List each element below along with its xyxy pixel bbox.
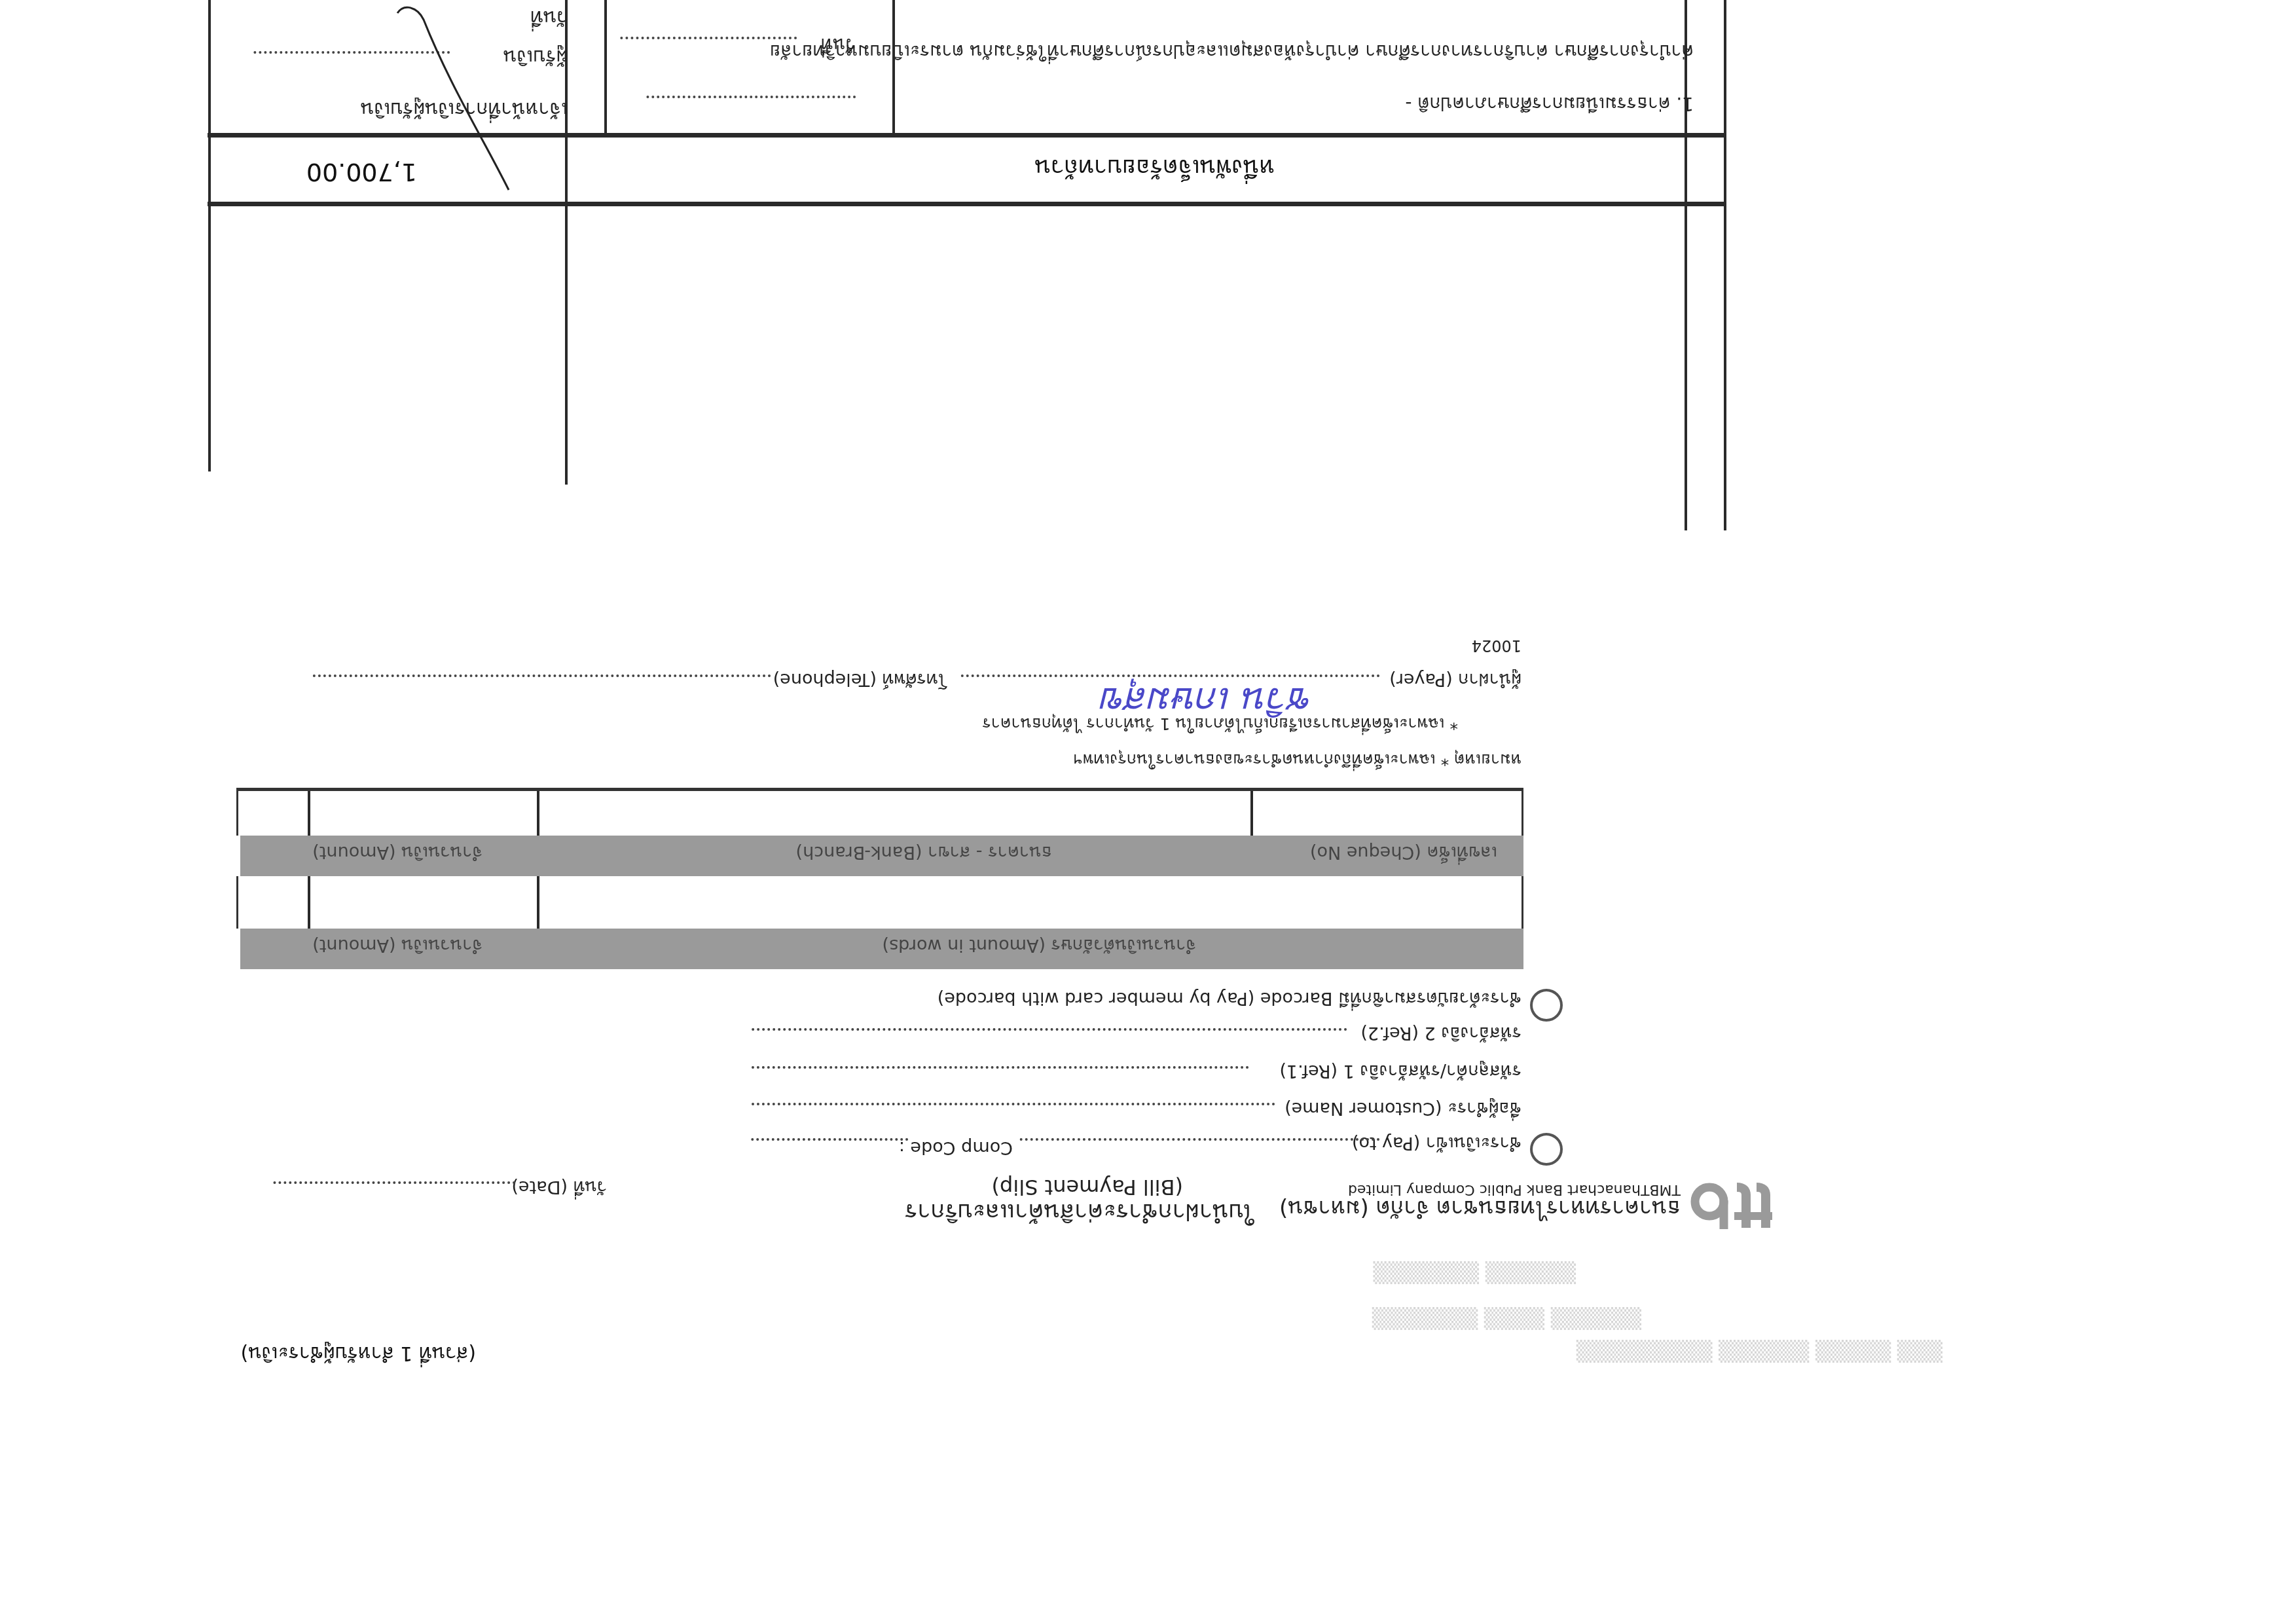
- date-label: วันที่ (Date): [511, 1173, 607, 1202]
- divider: [537, 791, 539, 836]
- member-card-label: ชำระด้วยบัตรสมาชิกที่มี Barcode (Pay by …: [938, 985, 1522, 1013]
- divider: [537, 876, 539, 929]
- receipt-amount-field[interactable]: [646, 96, 856, 98]
- payer-label: ผู้นำฝาก (Payer): [1389, 666, 1522, 694]
- amount-words-row: [236, 876, 1523, 929]
- fee-item-1-note: ค่าบำรุงการศึกษา ค่าบริการทางการศึกษา ค่…: [770, 37, 1694, 65]
- comp-code-field[interactable]: [751, 1138, 908, 1141]
- bleed-through-text: ▒▒▒▒▒▒ ▒▒▒▒▒▒▒: [1374, 1261, 1576, 1283]
- ttb-logo-icon: [1687, 1182, 1772, 1234]
- receipt-date-label-2: วันที่: [821, 30, 856, 59]
- receipt-left-border: [1724, 0, 1726, 530]
- receipt-right-border: [208, 0, 211, 471]
- amount-words-header: จำนวนเงินตัวอักษร (Amount in words): [883, 932, 1196, 960]
- ref2-field[interactable]: [751, 1028, 1347, 1031]
- divider: [308, 791, 310, 836]
- cheque-header-row: เลขที่เช็ค (Cheque No) ธนาคาร - สาขา (Ba…: [240, 836, 1523, 876]
- divider: [308, 876, 310, 929]
- bleed-through-text: ▒▒▒ ▒▒▒▒▒ ▒▒▒▒▒▒ ▒▒▒▒▒▒▒▒▒: [1576, 1339, 1942, 1362]
- divider: [1250, 791, 1253, 836]
- customer-name-label: ชื่อผู้ชำระ (Customer Name): [1285, 1095, 1522, 1123]
- pay-to-label: ชำระเงินเข้า (Pay to): [1352, 1130, 1522, 1158]
- receipt-date-label: วันที่: [530, 2, 568, 33]
- cheque-no-header: เลขที่เช็ค (Cheque No): [1310, 839, 1497, 867]
- comp-code-label: Comp Code :: [899, 1137, 1013, 1158]
- slip-title-en: (Bill Payment Slip): [992, 1175, 1183, 1200]
- scanned-page: ▒▒▒ ▒▒▒▒▒ ▒▒▒▒▒▒ ▒▒▒▒▒▒▒▒▒ ▒▒▒▒▒▒ ▒▒▒▒ ▒…: [0, 0, 2296, 1624]
- ref2-label: รหัสอ้างอิง 2 (Ref.2): [1360, 1020, 1522, 1048]
- bleed-through-text: ▒▒▒▒▒▒ ▒▒▒▒ ▒▒▒▒▒▒▒: [1372, 1306, 1641, 1329]
- date-field[interactable]: [273, 1181, 515, 1184]
- ref1-field[interactable]: [751, 1066, 1248, 1069]
- pay-to-field[interactable]: [1019, 1138, 1379, 1141]
- amount-header-2: จำนวนเงิน (Amount): [312, 839, 483, 867]
- bank-name-en: TMBThanachart Bank Public Company Limite…: [1348, 1181, 1681, 1198]
- receipt-col-divider: [892, 0, 895, 134]
- form-code: 10024: [1472, 637, 1522, 655]
- copy-note: (ส่วนที่ 1 สำหรับผู้ชำระเงิน): [240, 1338, 476, 1369]
- customer-name-field[interactable]: [751, 1103, 1275, 1105]
- telephone-field[interactable]: [312, 674, 771, 677]
- signature-stroke: [266, 0, 528, 216]
- total-in-words: หนึ่งพันเจ็ดร้อยบาทถ้วน: [1034, 149, 1275, 187]
- telephone-label: โทรศัพท์ (Telephone): [773, 666, 947, 694]
- member-card-radio[interactable]: [1530, 989, 1563, 1022]
- amount-words-header-row: จำนวนเงินตัวอักษร (Amount in words) จำนว…: [240, 929, 1523, 969]
- amount-header: จำนวนเงิน (Amount): [312, 932, 483, 960]
- receipt-divider: [565, 0, 568, 485]
- receipt-inner-left-border: [1685, 0, 1687, 530]
- cheque-row: [236, 788, 1523, 836]
- pay-to-radio[interactable]: [1530, 1133, 1563, 1166]
- bank-branch-header: ธนาคาร - สาขา (Bank-Branch): [796, 839, 1052, 867]
- payer-signature: ชวิน เกษมสุข: [1101, 672, 1314, 730]
- fee-item-1: 1. ค่าธรรมเนียมการศึกษาภาคปกติ -: [1405, 89, 1694, 118]
- note-1: หมายเหตุ * เฉพาะเช็คที่ถึงกำหนดชำระของธน…: [1074, 747, 1522, 773]
- ref1-label: รหัสลูกค้า/รหัสอ้างอิง 1 (Ref.1): [1279, 1058, 1522, 1086]
- receipt-col-divider: [604, 0, 607, 134]
- receipt-date-field[interactable]: [620, 37, 797, 39]
